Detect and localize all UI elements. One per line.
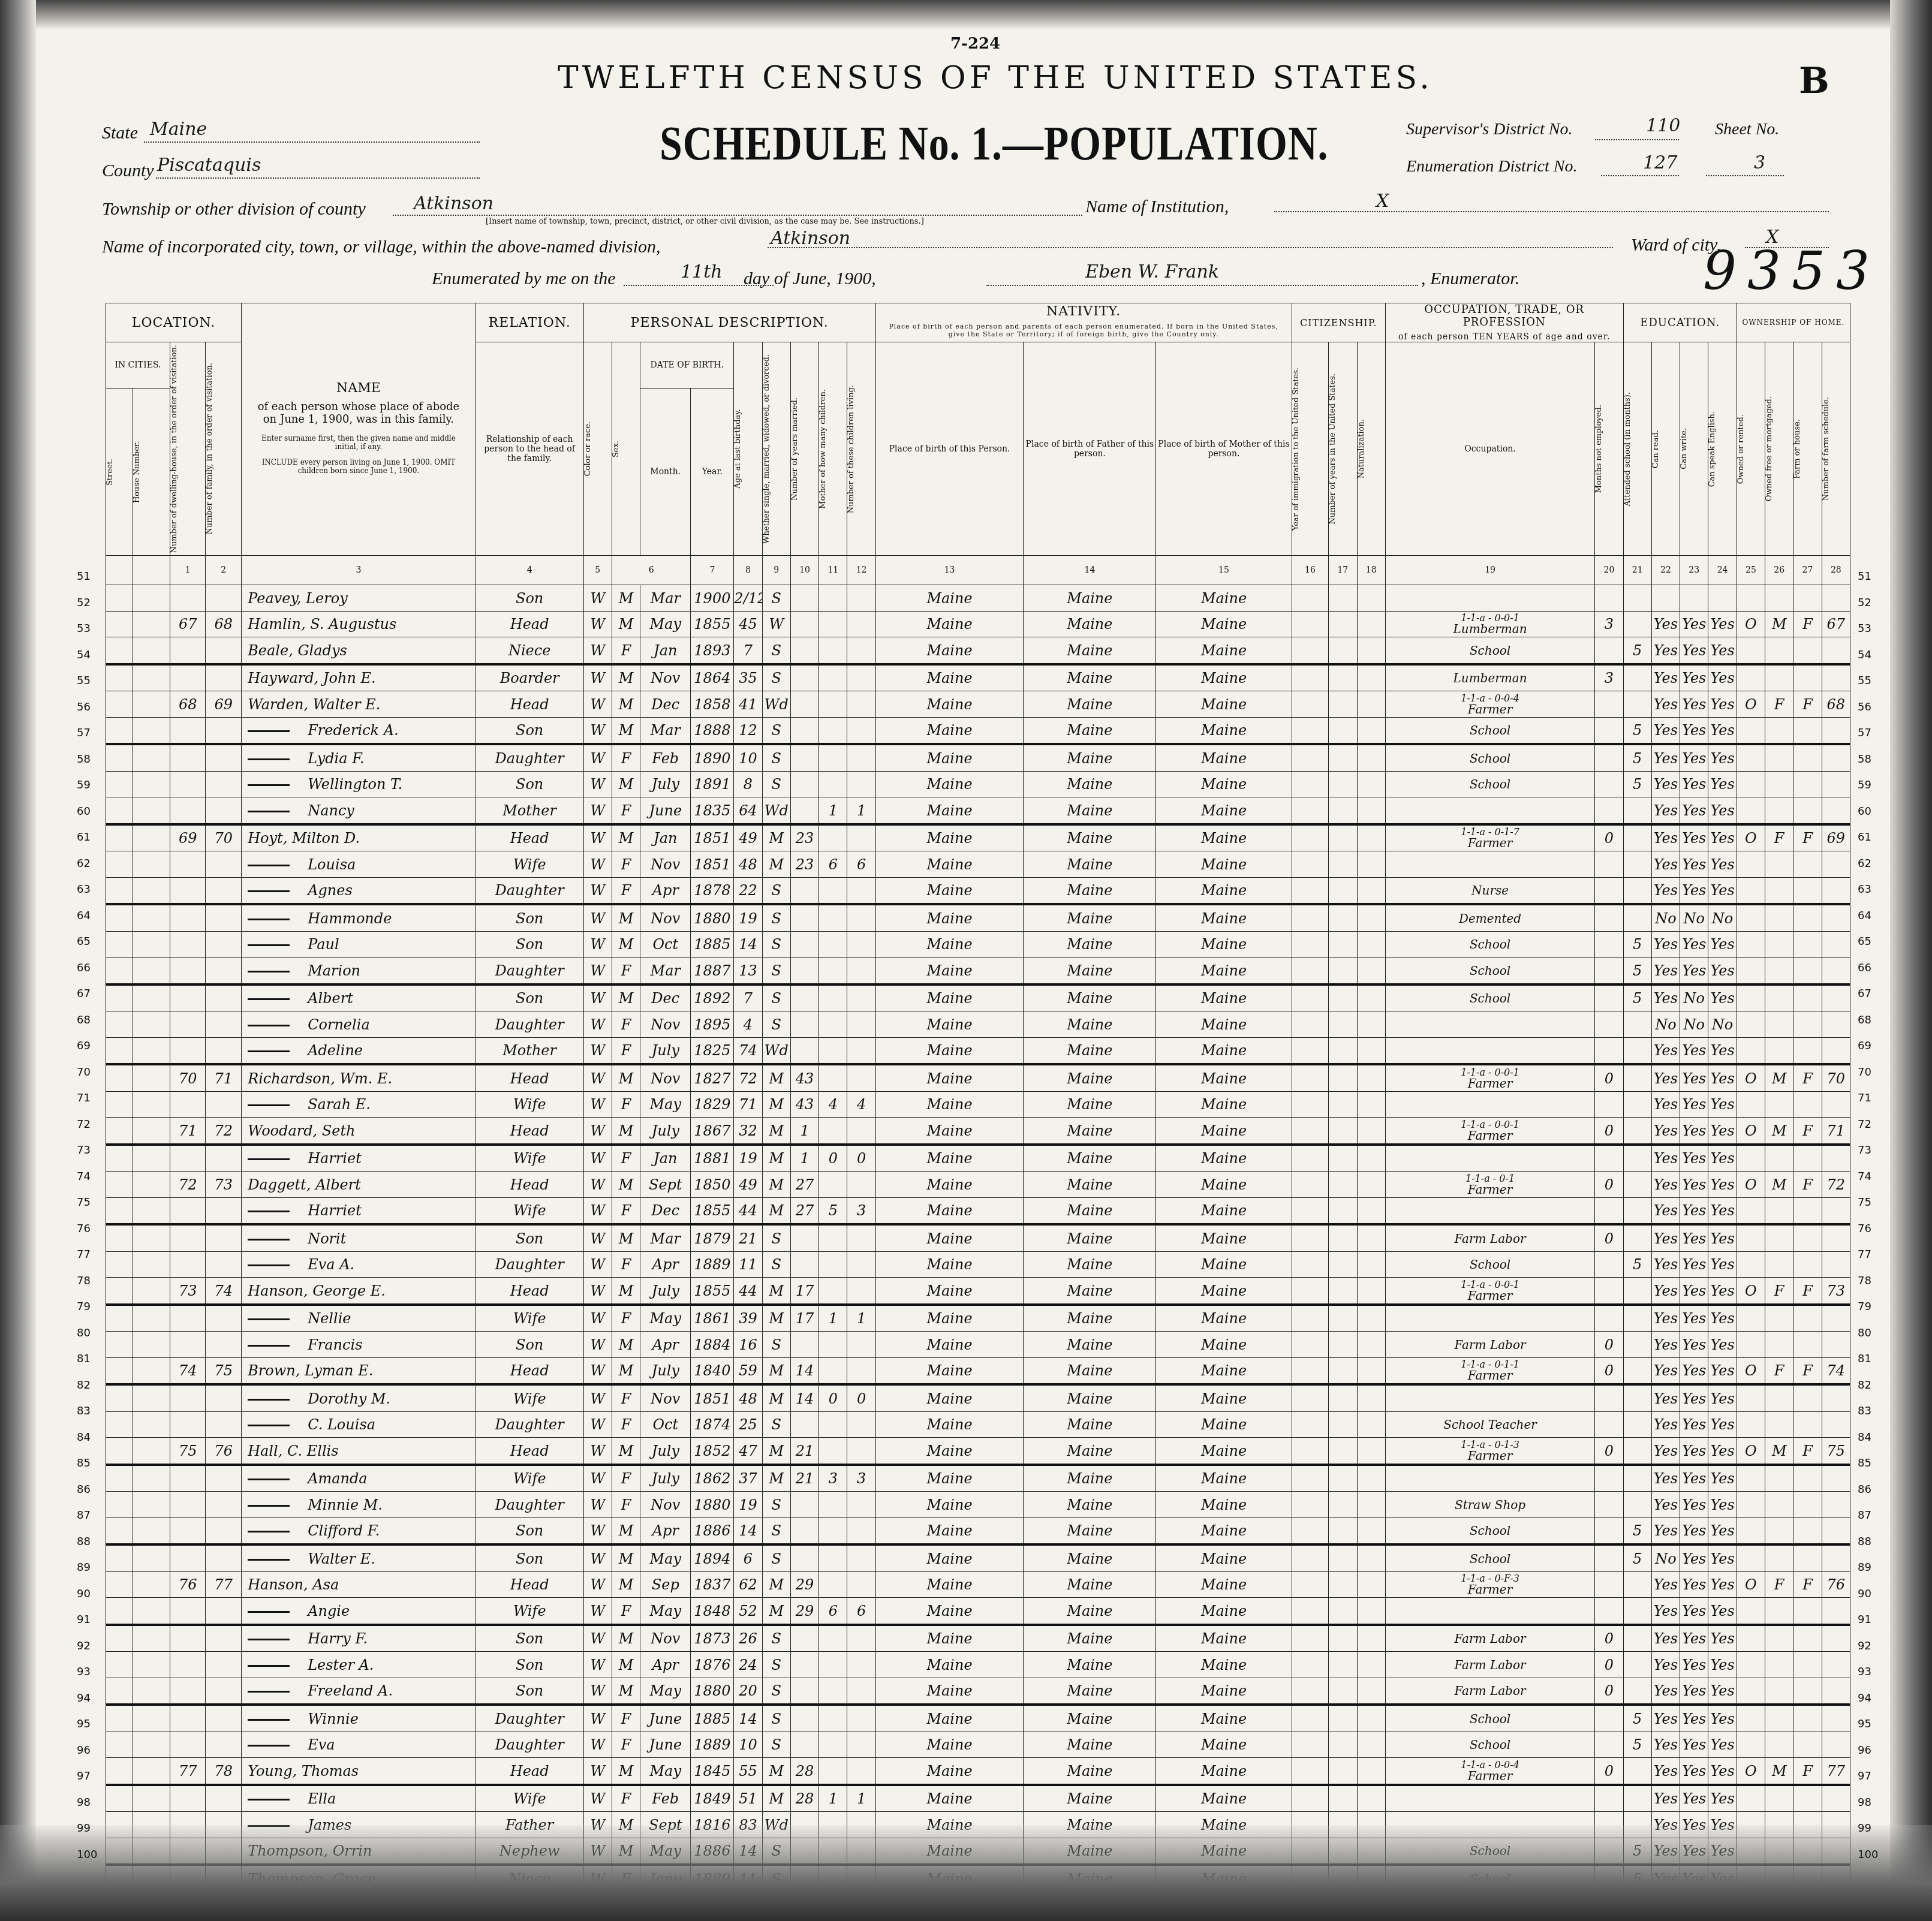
years-married-cell: 14 [790, 1384, 818, 1411]
age-cell: 24 [734, 1652, 762, 1678]
line-number-left: 99 [77, 1822, 91, 1835]
line-number-left: 97 [77, 1770, 91, 1783]
dwelling-number-cell [170, 1598, 206, 1625]
column-number: 19 [1385, 556, 1594, 585]
name-cell: Nancy [242, 797, 476, 824]
occupation-text: Farm Labor [1455, 1232, 1526, 1246]
birth-month-cell: Feb [640, 744, 691, 771]
can-write-cell: Yes [1680, 637, 1708, 664]
occupation-text: Farmer [1468, 1128, 1512, 1143]
years-married-cell [790, 1652, 818, 1678]
unemployed-header-text: Months not employed. [1595, 402, 1603, 495]
street-cell [106, 1197, 133, 1224]
table-row: Clifford F.SonWMApr188614SMaineMaineMain… [106, 1517, 1850, 1544]
can-read-cell: Yes [1651, 1384, 1680, 1411]
children-living-cell [847, 877, 875, 904]
birth-month-cell: Dec [640, 691, 691, 718]
occupation-cell: Farm Labor [1385, 1224, 1594, 1251]
marital-header: Whether single, married, widowed, or div… [762, 342, 790, 556]
can-read-cell: Yes [1651, 824, 1680, 851]
sex-cell: M [612, 1357, 640, 1384]
sex-cell: F [612, 744, 640, 771]
family-number-cell [206, 984, 242, 1011]
naturalization-header: Naturalization. [1357, 342, 1385, 556]
age-cell: 71 [734, 1091, 762, 1118]
color-cell: W [583, 877, 612, 904]
farm-house-cell: F [1793, 1278, 1822, 1305]
can-read-cell: Yes [1651, 1224, 1680, 1251]
farm-schedule-cell [1822, 904, 1850, 931]
read-header: Can read. [1651, 342, 1680, 556]
mother-of-cell: 3 [819, 1465, 847, 1492]
table-row: FrancisSonWMApr188416SMaineMaineMaineFar… [106, 1332, 1850, 1358]
occupation-text: Demented [1459, 911, 1521, 926]
county-value: Piscataquis [157, 155, 261, 176]
line-number-left: 64 [77, 910, 91, 922]
color-cell: W [583, 1678, 612, 1705]
farm-house-cell: F [1793, 691, 1822, 718]
years-in-us-cell [1329, 1091, 1357, 1118]
line-number-right: 96 [1858, 1744, 1871, 1757]
school-months-cell [1623, 904, 1651, 931]
birth-year-cell: 1894 [691, 1544, 734, 1571]
relation-cell: Head [476, 824, 583, 851]
street-cell [106, 797, 133, 824]
relation-cell: Son [476, 984, 583, 1011]
enumerator-line [986, 285, 1418, 286]
state-line [144, 141, 480, 143]
owned-rented-cell: O [1737, 1064, 1765, 1091]
person-name: Warden, Walter E. [248, 696, 380, 713]
mother-birthplace-cell: Maine [1156, 1064, 1292, 1091]
can-speak-english-cell: Yes [1708, 984, 1737, 1011]
relation-cell: Mother [476, 797, 583, 824]
institution-value: X [1376, 191, 1389, 212]
line-number-right: 59 [1858, 779, 1871, 791]
house-number-cell [133, 691, 170, 718]
dwelling-number-cell: 71 [170, 1118, 206, 1145]
farm-schedule-cell [1822, 1705, 1850, 1732]
farm-schedule-cell: 76 [1822, 1571, 1850, 1598]
table-row: 7576Hall, C. EllisHeadWMJuly185247M21Mai… [106, 1438, 1850, 1465]
immigration-cell [1292, 1517, 1329, 1544]
occupation-cell: School [1385, 984, 1594, 1011]
person-name: Brown, Lyman E. [248, 1362, 373, 1379]
occupation-text: School [1470, 1738, 1510, 1752]
can-write-cell: Yes [1680, 1544, 1708, 1571]
naturalization-cell [1357, 851, 1385, 878]
name-cell: Louisa [242, 851, 476, 878]
age-cell: 10 [734, 744, 762, 771]
color-cell: W [583, 1118, 612, 1145]
farm-schedule-cell [1822, 1411, 1850, 1438]
immigration-cell [1292, 1145, 1329, 1172]
owned-rented-cell [1737, 1091, 1765, 1118]
relation-cell: Daughter [476, 1011, 583, 1038]
occupation-text: Farmer [1468, 836, 1512, 850]
age-cell: 22 [734, 877, 762, 904]
line-number-right: 58 [1858, 753, 1871, 766]
immigration-cell [1292, 1251, 1329, 1278]
mother-of-cell: 0 [819, 1145, 847, 1172]
father-birthplace-cell: Maine [1024, 744, 1156, 771]
dwelling-number-cell [170, 1492, 206, 1518]
birth-year-cell: 1864 [691, 664, 734, 691]
owned-rented-cell [1737, 1332, 1765, 1358]
birth-year-cell: 1885 [691, 1705, 734, 1732]
street-cell [106, 744, 133, 771]
father-birthplace-cell: Maine [1024, 931, 1156, 958]
farm-schedule-cell: 75 [1822, 1438, 1850, 1465]
marital-cell: S [762, 904, 790, 931]
house-number-cell [133, 1357, 170, 1384]
mother-of-cell [819, 1678, 847, 1705]
farm-schedule-cell [1822, 1332, 1850, 1358]
owned-rented-cell: O [1737, 1278, 1765, 1305]
naturalization-cell [1357, 1678, 1385, 1705]
naturalization-cell [1357, 931, 1385, 958]
naturalization-cell [1357, 691, 1385, 718]
school-months-cell: 5 [1623, 1732, 1651, 1758]
unemployed-cell [1595, 1091, 1623, 1118]
census-body: Peavey, LeroySonWMMar19002/12SMaineMaine… [106, 585, 1850, 1919]
age-cell: 59 [734, 1357, 762, 1384]
line-number-right: 78 [1858, 1275, 1871, 1287]
sex-cell: M [612, 717, 640, 744]
years-married-cell: 27 [790, 1197, 818, 1224]
birth-year-cell: 1887 [691, 958, 734, 984]
mother-of-cell: 6 [819, 851, 847, 878]
can-speak-english-cell: Yes [1708, 1758, 1737, 1785]
birthplace-cell: Maine [875, 1598, 1024, 1625]
farm-house-cell [1793, 1251, 1822, 1278]
person-name: Hammonde [308, 910, 392, 927]
unemployed-cell [1595, 904, 1623, 931]
person-name: Marion [308, 962, 360, 979]
family-number-cell [206, 1037, 242, 1064]
dwelling-number-cell: 67 [170, 611, 206, 637]
owned-free-cell [1765, 1384, 1793, 1411]
occupation-cell [1385, 851, 1594, 878]
same-surname-dash [248, 730, 290, 732]
years-married-cell [790, 771, 818, 797]
unemployed-cell [1595, 1517, 1623, 1544]
enumerator-signature: Eben W. Frank [1085, 261, 1219, 282]
school-months-cell [1623, 797, 1651, 824]
can-read-cell: Yes [1651, 1598, 1680, 1625]
years-in-us-cell [1329, 797, 1357, 824]
relation-cell: Daughter [476, 1732, 583, 1758]
age-cell: 13 [734, 958, 762, 984]
marital-cell: S [762, 1517, 790, 1544]
name-cell: Hanson, Asa [242, 1571, 476, 1598]
house-number-cell [133, 1465, 170, 1492]
line-number-left: 85 [77, 1457, 91, 1470]
same-surname-dash [248, 1719, 290, 1721]
years-in-us-cell [1329, 1678, 1357, 1705]
can-speak-english-cell: Yes [1708, 824, 1737, 851]
owned-free-cell [1765, 664, 1793, 691]
farm-schedule-cell [1822, 1197, 1850, 1224]
line-number-left: 89 [77, 1561, 91, 1574]
column-number: 25 [1737, 556, 1765, 585]
line-number-left: 90 [77, 1588, 91, 1600]
sex-cell: M [612, 1652, 640, 1678]
occupation-col-header: Occupation. [1385, 342, 1594, 556]
owned-rented-cell [1737, 904, 1765, 931]
can-write-cell: Yes [1680, 824, 1708, 851]
column-number: 8 [734, 556, 762, 585]
farm-schedule-cell [1822, 1732, 1850, 1758]
owned-free-cell [1765, 717, 1793, 744]
city-label: Name of incorporated city, town, or vill… [102, 237, 661, 257]
house-number-cell [133, 585, 170, 612]
unemployed-cell: 0 [1595, 1625, 1623, 1652]
years-in-us-cell [1329, 1064, 1357, 1091]
children-living-cell [847, 1652, 875, 1678]
school-header-text: Attended school (in months). [1624, 390, 1632, 508]
father-birthplace-cell: Maine [1024, 797, 1156, 824]
color-cell: W [583, 1758, 612, 1785]
person-name: Wellington T. [308, 776, 402, 793]
farm-schedule-cell [1822, 984, 1850, 1011]
family-number-cell [206, 744, 242, 771]
children-living-cell [847, 1357, 875, 1384]
unemployed-cell [1595, 1251, 1623, 1278]
children-living-cell [847, 1732, 875, 1758]
owned-free-cell [1765, 1492, 1793, 1518]
farm-schedule-cell [1822, 1224, 1850, 1251]
owned-free-cell [1765, 931, 1793, 958]
table-row: 7172Woodard, SethHeadWMJuly186732M1Maine… [106, 1118, 1850, 1145]
line-number-right: 57 [1858, 727, 1871, 739]
name-title: NAME [242, 381, 476, 396]
line-number-left: 63 [77, 883, 91, 896]
name-cell: Francis [242, 1332, 476, 1358]
can-write-cell: Yes [1680, 1652, 1708, 1678]
can-speak-english-cell: Yes [1708, 771, 1737, 797]
school-months-cell [1623, 1465, 1651, 1492]
same-surname-dash [248, 1531, 290, 1532]
family-number-cell [206, 1145, 242, 1172]
enumeration-label: Enumeration District No. [1406, 157, 1577, 176]
father-birthplace-cell: Maine [1024, 1492, 1156, 1518]
years-in-us-cell [1329, 1652, 1357, 1678]
mother-of-cell [819, 904, 847, 931]
color-cell: W [583, 1037, 612, 1064]
family-number-cell [206, 1224, 242, 1251]
family-number-cell: 78 [206, 1758, 242, 1785]
farm-house-header-text: Farm or house. [1793, 417, 1802, 481]
farm-schedule-cell: 73 [1822, 1278, 1850, 1305]
owned-free-header: Owned free or mortgaged. [1765, 342, 1793, 556]
house-number-cell [133, 931, 170, 958]
can-speak-english-cell: Yes [1708, 1332, 1737, 1358]
occupation-text: Farmer [1468, 1769, 1512, 1783]
can-write-cell: Yes [1680, 771, 1708, 797]
city-line [768, 247, 1613, 248]
english-header-text: Can speak English. [1708, 409, 1717, 489]
birthplace-cell: Maine [875, 717, 1024, 744]
column-number: 12 [847, 556, 875, 585]
person-name: Nellie [308, 1310, 351, 1327]
children-living-cell [847, 1224, 875, 1251]
unemployed-cell [1595, 637, 1623, 664]
line-number-right: 73 [1858, 1144, 1871, 1157]
mother-of-cell [819, 824, 847, 851]
children-living-header-text: Number of these children living. [847, 383, 856, 516]
line-number-left: 87 [77, 1509, 91, 1522]
unemployed-cell [1595, 931, 1623, 958]
owned-rented-cell [1737, 585, 1765, 612]
name-cell: Harriet [242, 1197, 476, 1224]
mother-of-cell [819, 1732, 847, 1758]
color-cell: W [583, 1197, 612, 1224]
mother-of-cell [819, 958, 847, 984]
line-number-right: 84 [1858, 1431, 1871, 1444]
name-cell: Peavey, Leroy [242, 585, 476, 612]
can-read-cell: Yes [1651, 851, 1680, 878]
dob-header: DATE OF BIRTH. [640, 342, 734, 389]
line-number-right: 74 [1858, 1170, 1871, 1183]
owned-rented-cell [1737, 797, 1765, 824]
mother-of-cell [819, 1544, 847, 1571]
name-cell: Beale, Gladys [242, 637, 476, 664]
line-number-right: 53 [1858, 622, 1871, 635]
unemployed-cell [1595, 1571, 1623, 1598]
column-number: 16 [1292, 556, 1329, 585]
age-cell: 64 [734, 797, 762, 824]
family-number-cell: 75 [206, 1357, 242, 1384]
age-cell: 11 [734, 1251, 762, 1278]
unemployed-cell [1595, 771, 1623, 797]
years-married-cell [790, 797, 818, 824]
father-birthplace-cell: Maine [1024, 1197, 1156, 1224]
house-number-cell [133, 958, 170, 984]
school-months-cell [1623, 1172, 1651, 1198]
house-number-cell [133, 1145, 170, 1172]
unemployed-cell [1595, 744, 1623, 771]
table-row: AgnesDaughterWFApr187822SMaineMaineMaine… [106, 877, 1850, 904]
same-surname-dash [248, 1665, 290, 1667]
children-living-cell: 0 [847, 1145, 875, 1172]
mother-birthplace-cell: Maine [1156, 1732, 1292, 1758]
years-in-us-cell [1329, 637, 1357, 664]
same-surname-dash [248, 1318, 290, 1320]
birth-month-cell: June [640, 1732, 691, 1758]
person-name: Clifford F. [308, 1522, 380, 1539]
years-married-cell: 17 [790, 1278, 818, 1305]
color-cell: W [583, 585, 612, 612]
line-number-left: 54 [77, 649, 91, 661]
owned-rented-cell [1737, 1465, 1765, 1492]
farm-schedule-cell [1822, 1037, 1850, 1064]
age-cell: 2/12 [734, 585, 762, 612]
relation-cell: Head [476, 1357, 583, 1384]
street-cell [106, 1305, 133, 1332]
owned-rented-cell [1737, 771, 1765, 797]
can-read-cell: Yes [1651, 1732, 1680, 1758]
census-table-container: LOCATION. NAME of each person whose plac… [106, 303, 1850, 1920]
family-number-cell: 69 [206, 691, 242, 718]
years-married-cell [790, 1251, 818, 1278]
can-write-cell: Yes [1680, 1305, 1708, 1332]
years-in-us-cell [1329, 585, 1357, 612]
can-speak-english-cell: Yes [1708, 1305, 1737, 1332]
mother-birthplace-cell: Maine [1156, 664, 1292, 691]
unemployed-cell: 0 [1595, 824, 1623, 851]
line-number-right: 66 [1858, 962, 1871, 974]
owned-rented-cell [1737, 984, 1765, 1011]
birth-year-cell: 1827 [691, 1064, 734, 1091]
mother-birthplace-cell: Maine [1156, 637, 1292, 664]
father-birthplace-cell: Maine [1024, 664, 1156, 691]
can-speak-english-cell: Yes [1708, 1492, 1737, 1518]
house-number-cell [133, 1571, 170, 1598]
name-cell: Hayward, John E. [242, 664, 476, 691]
line-number-left: 81 [77, 1353, 91, 1365]
person-name: Eva [308, 1736, 335, 1753]
immigration-cell [1292, 1598, 1329, 1625]
mother-of-cell [819, 1118, 847, 1145]
age-cell: 4 [734, 1011, 762, 1038]
marital-cell: S [762, 1705, 790, 1732]
immigration-cell [1292, 1544, 1329, 1571]
naturalization-cell [1357, 1544, 1385, 1571]
immigration-cell [1292, 1037, 1329, 1064]
line-number-right: 70 [1858, 1066, 1871, 1079]
sex-cell: F [612, 958, 640, 984]
children-living-cell: 0 [847, 1384, 875, 1411]
county-label: County [102, 161, 154, 181]
farm-house-cell [1793, 931, 1822, 958]
birth-month-cell: July [640, 1438, 691, 1465]
line-number-left: 88 [77, 1535, 91, 1548]
birth-year-cell: 1880 [691, 1678, 734, 1705]
mother-birthplace-cell: Maine [1156, 824, 1292, 851]
years-in-us-cell [1329, 1544, 1357, 1571]
street-cell [106, 904, 133, 931]
name-cell: Norit [242, 1224, 476, 1251]
occupation-text: School [1470, 777, 1510, 791]
occupation-cell: Nurse [1385, 877, 1594, 904]
school-months-cell [1623, 611, 1651, 637]
birth-year-cell: 1858 [691, 691, 734, 718]
name-header: NAME of each person whose place of abode… [242, 303, 476, 556]
years-married-cell [790, 1678, 818, 1705]
street-cell [106, 1011, 133, 1038]
street-header: Street. [106, 389, 133, 556]
immigration-cell [1292, 1305, 1329, 1332]
occupation-text: Straw Shop [1455, 1498, 1525, 1512]
birth-year-cell: 1890 [691, 744, 734, 771]
years-in-us-cell [1329, 1438, 1357, 1465]
children-living-cell [847, 1705, 875, 1732]
person-name: Hamlin, S. Augustus [248, 616, 396, 633]
line-number-left: 68 [77, 1014, 91, 1026]
table-row: AlbertSonWMDec18927SMaineMaineMaineSchoo… [106, 984, 1850, 1011]
age-cell: 14 [734, 931, 762, 958]
children-living-cell [847, 1278, 875, 1305]
immigration-cell [1292, 1197, 1329, 1224]
sex-cell: F [612, 1305, 640, 1332]
years-married-cell [790, 1037, 818, 1064]
column-number: 3 [242, 556, 476, 585]
mother-of-header: Mother of how many children. [819, 342, 847, 556]
birth-year-cell: 1849 [691, 1785, 734, 1812]
years-married-cell: 27 [790, 1172, 818, 1198]
marital-cell: M [762, 1357, 790, 1384]
